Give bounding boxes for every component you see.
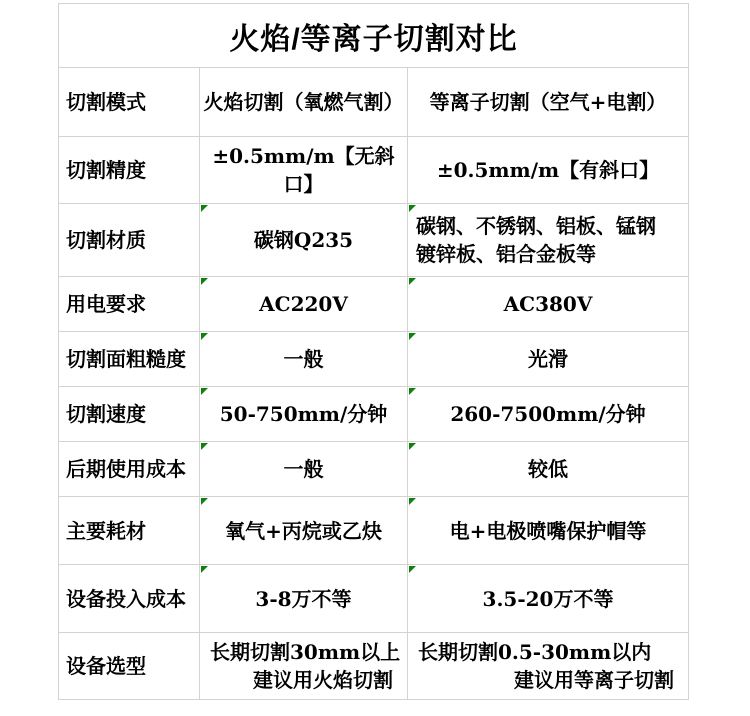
table-body: 切割模式 火焰切割（氧燃气割） 等离子切割（空气+电割） 切割精度 ±0.5mm… [59,68,688,699]
error-flag-triangle-icon [201,443,208,450]
row-label-cell[interactable]: 设备选型 [59,633,200,699]
error-flag-triangle-icon [409,498,416,505]
cell-text-line: 3-8万不等 [202,585,405,613]
row-label-cell[interactable]: 后期使用成本 [59,442,200,496]
plasma-value-cell[interactable]: 碳钢、不锈钢、铝板、锰钢镀锌板、铝合金板等 [408,204,688,276]
table-row: 切割速度 50-750mm/分钟 260-7500mm/分钟 [59,387,688,442]
plasma-value-cell[interactable]: 3.5-20万不等 [408,565,688,632]
cell-text-line: 火焰切割（氧燃气割） [202,88,405,116]
row-label-cell[interactable]: 用电要求 [59,277,200,331]
error-flag-triangle-icon [409,388,416,395]
plasma-value-cell[interactable]: AC380V [408,277,688,331]
table-row: 设备选型 长期切割30mm以上建议用火焰切割 长期切割0.5-30mm以内建议用… [59,633,688,699]
error-flag-triangle-icon [409,443,416,450]
table-row: 切割材质 碳钢Q235 碳钢、不锈钢、铝板、锰钢镀锌板、铝合金板等 [59,204,688,277]
cell-text-line: 光滑 [410,345,686,373]
error-flag-triangle-icon [201,205,208,212]
row-label-cell[interactable]: 主要耗材 [59,497,200,564]
row-label-cell[interactable]: 设备投入成本 [59,565,200,632]
flame-value-cell[interactable]: 50-750mm/分钟 [200,387,408,441]
cell-text-line: ±0.5mm/m【有斜口】 [410,156,686,184]
cell-text-line: 长期切割30mm以上 [202,638,405,666]
table-row: 后期使用成本 一般 较低 [59,442,688,497]
row-label-cell[interactable]: 切割精度 [59,137,200,203]
flame-value-cell[interactable]: 碳钢Q235 [200,204,408,276]
table-row: 切割面粗糙度 一般 光滑 [59,332,688,387]
comparison-table: 火焰/等离子切割对比 切割模式 火焰切割（氧燃气割） 等离子切割（空气+电割） … [58,3,689,700]
plasma-value-cell[interactable]: 电+电极喷嘴保护帽等 [408,497,688,564]
flame-value-cell[interactable]: AC220V [200,277,408,331]
flame-value-cell[interactable]: 氧气+丙烷或乙炔 [200,497,408,564]
plasma-value-cell[interactable]: 长期切割0.5-30mm以内建议用等离子切割 [408,633,688,699]
flame-value-cell[interactable]: 3-8万不等 [200,565,408,632]
error-flag-triangle-icon [409,566,416,573]
cell-text-line: 一般 [202,455,405,483]
cell-text-line: 一般 [202,345,405,373]
cell-text-line: 建议用等离子切割 [410,666,686,694]
cell-text-line: 碳钢Q235 [202,226,405,254]
flame-value-cell[interactable]: ±0.5mm/m【无斜口】 [200,137,408,203]
cell-text-line: 50-750mm/分钟 [202,400,405,428]
plasma-value-cell[interactable]: 260-7500mm/分钟 [408,387,688,441]
cell-text-line: 较低 [410,455,686,483]
cell-text-line: 碳钢、不锈钢、铝板、锰钢 [416,212,686,240]
table-title: 火焰/等离子切割对比 [59,4,688,68]
cell-text-line: 3.5-20万不等 [410,585,686,613]
flame-value-cell[interactable]: 长期切割30mm以上建议用火焰切割 [200,633,408,699]
plasma-value-cell[interactable]: 等离子切割（空气+电割） [408,68,688,136]
page: 火焰/等离子切割对比 切割模式 火焰切割（氧燃气割） 等离子切割（空气+电割） … [0,0,750,716]
table-row: 主要耗材 氧气+丙烷或乙炔 电+电极喷嘴保护帽等 [59,497,688,565]
row-label-cell[interactable]: 切割材质 [59,204,200,276]
table-row: 切割模式 火焰切割（氧燃气割） 等离子切割（空气+电割） [59,68,688,137]
flame-value-cell[interactable]: 一般 [200,332,408,386]
table-row: 用电要求 AC220V AC380V [59,277,688,332]
cell-text-line: 电+电极喷嘴保护帽等 [410,517,686,545]
cell-text-line: AC380V [410,290,686,318]
flame-value-cell[interactable]: 一般 [200,442,408,496]
cell-text-line: 260-7500mm/分钟 [410,400,686,428]
table-row: 切割精度 ±0.5mm/m【无斜口】 ±0.5mm/m【有斜口】 [59,137,688,204]
error-flag-triangle-icon [201,333,208,340]
cell-text-line: 建议用火焰切割 [202,666,405,694]
cell-text-line: AC220V [202,290,405,318]
cell-text-line: ±0.5mm/m【无斜口】 [202,142,405,198]
cell-text-line: 长期切割0.5-30mm以内 [410,638,686,666]
row-label-cell[interactable]: 切割面粗糙度 [59,332,200,386]
plasma-value-cell[interactable]: ±0.5mm/m【有斜口】 [408,137,688,203]
error-flag-triangle-icon [201,498,208,505]
error-flag-triangle-icon [409,333,416,340]
table-row: 设备投入成本 3-8万不等 3.5-20万不等 [59,565,688,633]
error-flag-triangle-icon [201,388,208,395]
row-label-cell[interactable]: 切割模式 [59,68,200,136]
plasma-value-cell[interactable]: 较低 [408,442,688,496]
row-label-cell[interactable]: 切割速度 [59,387,200,441]
cell-text-line: 等离子切割（空气+电割） [410,88,686,116]
plasma-value-cell[interactable]: 光滑 [408,332,688,386]
flame-value-cell[interactable]: 火焰切割（氧燃气割） [200,68,408,136]
cell-text-line: 镀锌板、铝合金板等 [416,240,686,268]
cell-text-line: 氧气+丙烷或乙炔 [202,517,405,545]
error-flag-triangle-icon [201,566,208,573]
error-flag-triangle-icon [409,278,416,285]
error-flag-triangle-icon [201,278,208,285]
error-flag-triangle-icon [409,205,416,212]
